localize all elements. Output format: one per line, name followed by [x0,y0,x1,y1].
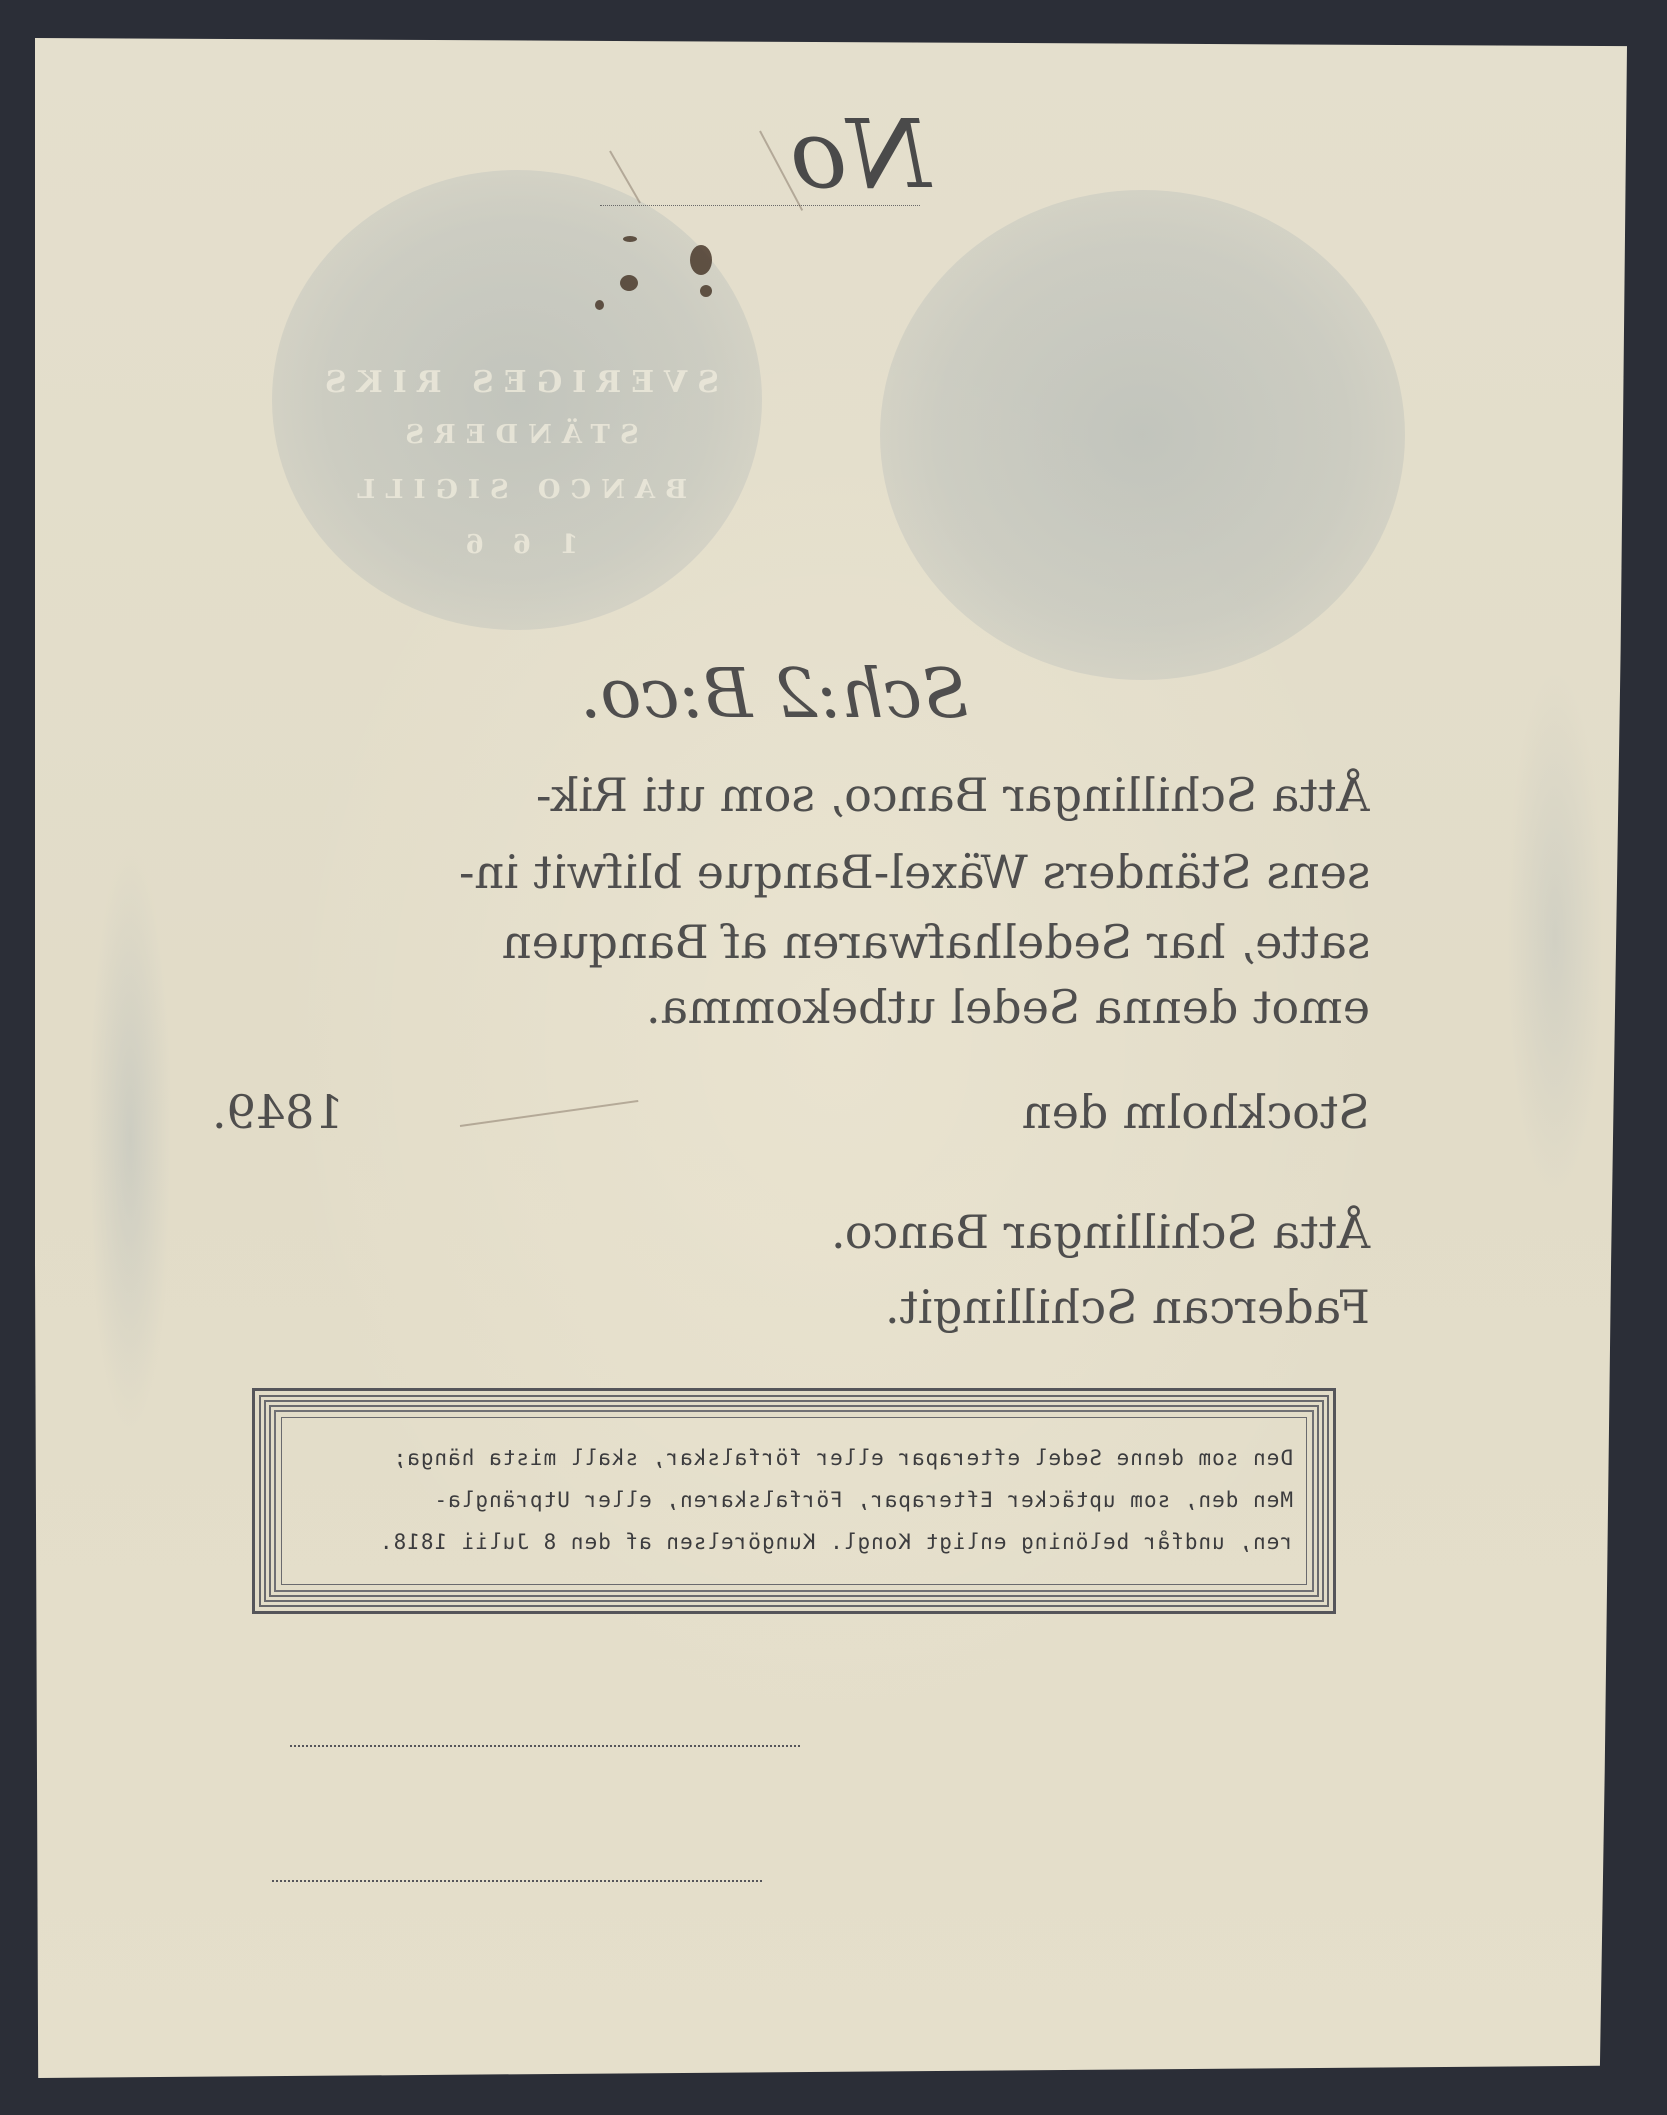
ink-stain [623,236,637,242]
warning-line: ren, undfår belöning enligt Kongl. Kungö… [295,1521,1293,1563]
ink-stain [690,245,712,275]
amount-words-2: Fadercan Schillingit. [885,1280,1370,1334]
place-line: Stockholm den [1022,1085,1370,1139]
ink-stain [700,285,712,297]
seal-text-line: 1 6 6 [272,530,762,560]
ink-stain [595,300,604,310]
year: 1849. [212,1085,344,1139]
seal-text-line: SVERIGES RIKS [272,365,762,400]
seal-text-line: BANCO SIGILL [272,475,762,505]
left-seal: SVERIGES RIKS STÄNDERS BANCO SIGILL 1 6 … [272,170,762,630]
warning-text: Den som denne Sedel efterapar eller förf… [295,1437,1293,1563]
right-seal [880,190,1405,680]
body-line-3: satte, har Sedelhafwaren af Banquen [502,915,1370,969]
warning-box: Den som denne Sedel efterapar eller förf… [252,1388,1336,1614]
number-dotted-line [600,205,920,206]
body-line-1: Åtta Schillingar Banco, som uti Rik- [536,768,1370,822]
denomination-title: Sch:2 B:co. [580,655,969,734]
seal-text-line: STÄNDERS [272,420,762,450]
amount-words-1: Åtta Schillingar Banco. [831,1205,1370,1259]
signature-line-1 [290,1745,800,1747]
ink-stain [620,275,638,291]
number-mark: No [790,100,930,210]
warning-line: Men den, som uptäcker Efterapar, Förfals… [295,1479,1293,1521]
warning-line: Den som denne Sedel efterapar eller förf… [295,1437,1293,1479]
body-line-2: sens Ständers Wäxel-Banque blifwit in- [459,845,1371,899]
signature-line-2 [272,1880,762,1882]
body-line-4: emot denna Sedel utbekomma. [646,980,1370,1034]
banknote-paper [35,38,1627,2078]
